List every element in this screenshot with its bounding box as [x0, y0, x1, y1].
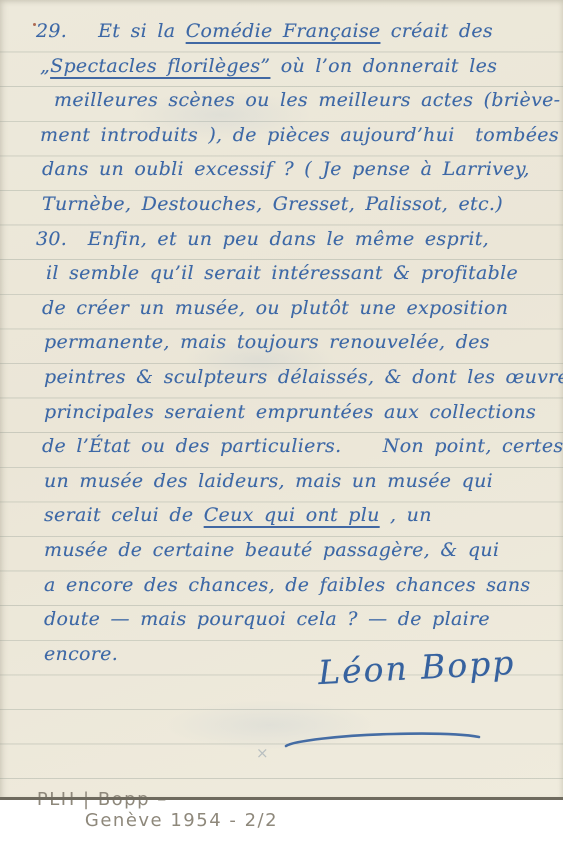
manuscript-line: peintres & sculpteurs délaissés, & dont …	[36, 366, 548, 401]
manuscript-segment: créait des	[380, 20, 493, 42]
underlined-phrase: Spectacles florilèges”	[50, 55, 270, 77]
manuscript-line: ment introduits ), de pièces aujourd’hui…	[36, 124, 548, 159]
manuscript-line: 30. Enfin, et un peu dans le même esprit…	[36, 228, 548, 263]
manuscript-segment: peintres & sculpteurs délaissés, & dont …	[44, 366, 563, 388]
manuscript-segment: dans un oubli excessif ? ( Je pense à La…	[42, 158, 530, 180]
manuscript-line: a encore des chances, de faibles chances…	[36, 574, 548, 609]
manuscript-page: 29. Et si la Comédie Française créait de…	[0, 0, 563, 800]
manuscript-segment: serait celui de	[44, 504, 204, 526]
manuscript-segment: de l’État ou des particuliers. Non point…	[42, 435, 563, 457]
manuscript-line: il semble qu’il serait intéressant & pro…	[36, 262, 548, 297]
manuscript-segment: Turnèbe, Destouches, Gresset, Palissot, …	[42, 193, 503, 215]
manuscript-segment: meilleures scènes ou les meilleurs actes…	[54, 89, 560, 111]
archival-annotation: PLH | Bopp – Genève 1954 - 2/2	[8, 768, 548, 800]
manuscript-line: Turnèbe, Destouches, Gresset, Palissot, …	[36, 193, 548, 228]
manuscript-line: de créer un musée, ou plutôt une exposit…	[36, 297, 548, 332]
manuscript-line: permanente, mais toujours renouvelée, de…	[36, 331, 548, 366]
manuscript-line: de l’État ou des particuliers. Non point…	[36, 435, 548, 470]
manuscript-line: „Spectacles florilèges” où l’on donnerai…	[36, 55, 548, 90]
manuscript-segment: il semble qu’il serait intéressant & pro…	[46, 262, 518, 284]
manuscript-segment: a encore des chances, de faibles chances…	[44, 574, 531, 596]
manuscript-line: musée de certaine beauté passagère, & qu…	[36, 539, 548, 574]
underlined-phrase: Ceux qui ont plu	[204, 504, 380, 526]
signature-flourish-line	[283, 726, 483, 752]
manuscript-text: 29. Et si la Comédie Française créait de…	[36, 20, 548, 677]
manuscript-segment: permanente, mais toujours renouvelée, de…	[44, 331, 490, 353]
manuscript-segment: „	[40, 55, 50, 77]
manuscript-segment: 30. Enfin, et un peu dans le même esprit…	[36, 228, 489, 250]
manuscript-segment: , un	[380, 504, 432, 526]
manuscript-line: un musée des laideurs, mais un musée qui	[36, 470, 548, 505]
manuscript-line: 29. Et si la Comédie Française créait de…	[36, 20, 548, 55]
manuscript-segment: musée de certaine beauté passagère, & qu…	[44, 539, 499, 561]
manuscript-line: doute — mais pourquoi cela ? — de plaire	[36, 608, 548, 643]
underlined-phrase: Comédie Française	[186, 20, 381, 42]
manuscript-segment: encore.	[44, 643, 118, 665]
manuscript-line: serait celui de Ceux qui ont plu , un	[36, 504, 548, 539]
manuscript-segment: principales seraient empruntées aux coll…	[44, 401, 536, 423]
manuscript-line: dans un oubli excessif ? ( Je pense à La…	[36, 158, 548, 193]
manuscript-line: principales seraient empruntées aux coll…	[36, 401, 548, 436]
manuscript-segment: ment introduits ), de pièces aujourd’hui…	[40, 124, 559, 146]
manuscript-segment: doute — mais pourquoi cela ? — de plaire	[44, 608, 490, 630]
manuscript-segment: de créer un musée, ou plutôt une exposit…	[42, 297, 508, 319]
pencil-x-mark: ×	[256, 744, 269, 762]
manuscript-segment: un musée des laideurs, mais un musée qui	[44, 470, 493, 492]
manuscript-segment: 29. Et si la	[36, 20, 186, 42]
manuscript-line: meilleures scènes ou les meilleurs actes…	[36, 89, 548, 124]
manuscript-segment: où l’on donnerait les	[270, 55, 497, 77]
